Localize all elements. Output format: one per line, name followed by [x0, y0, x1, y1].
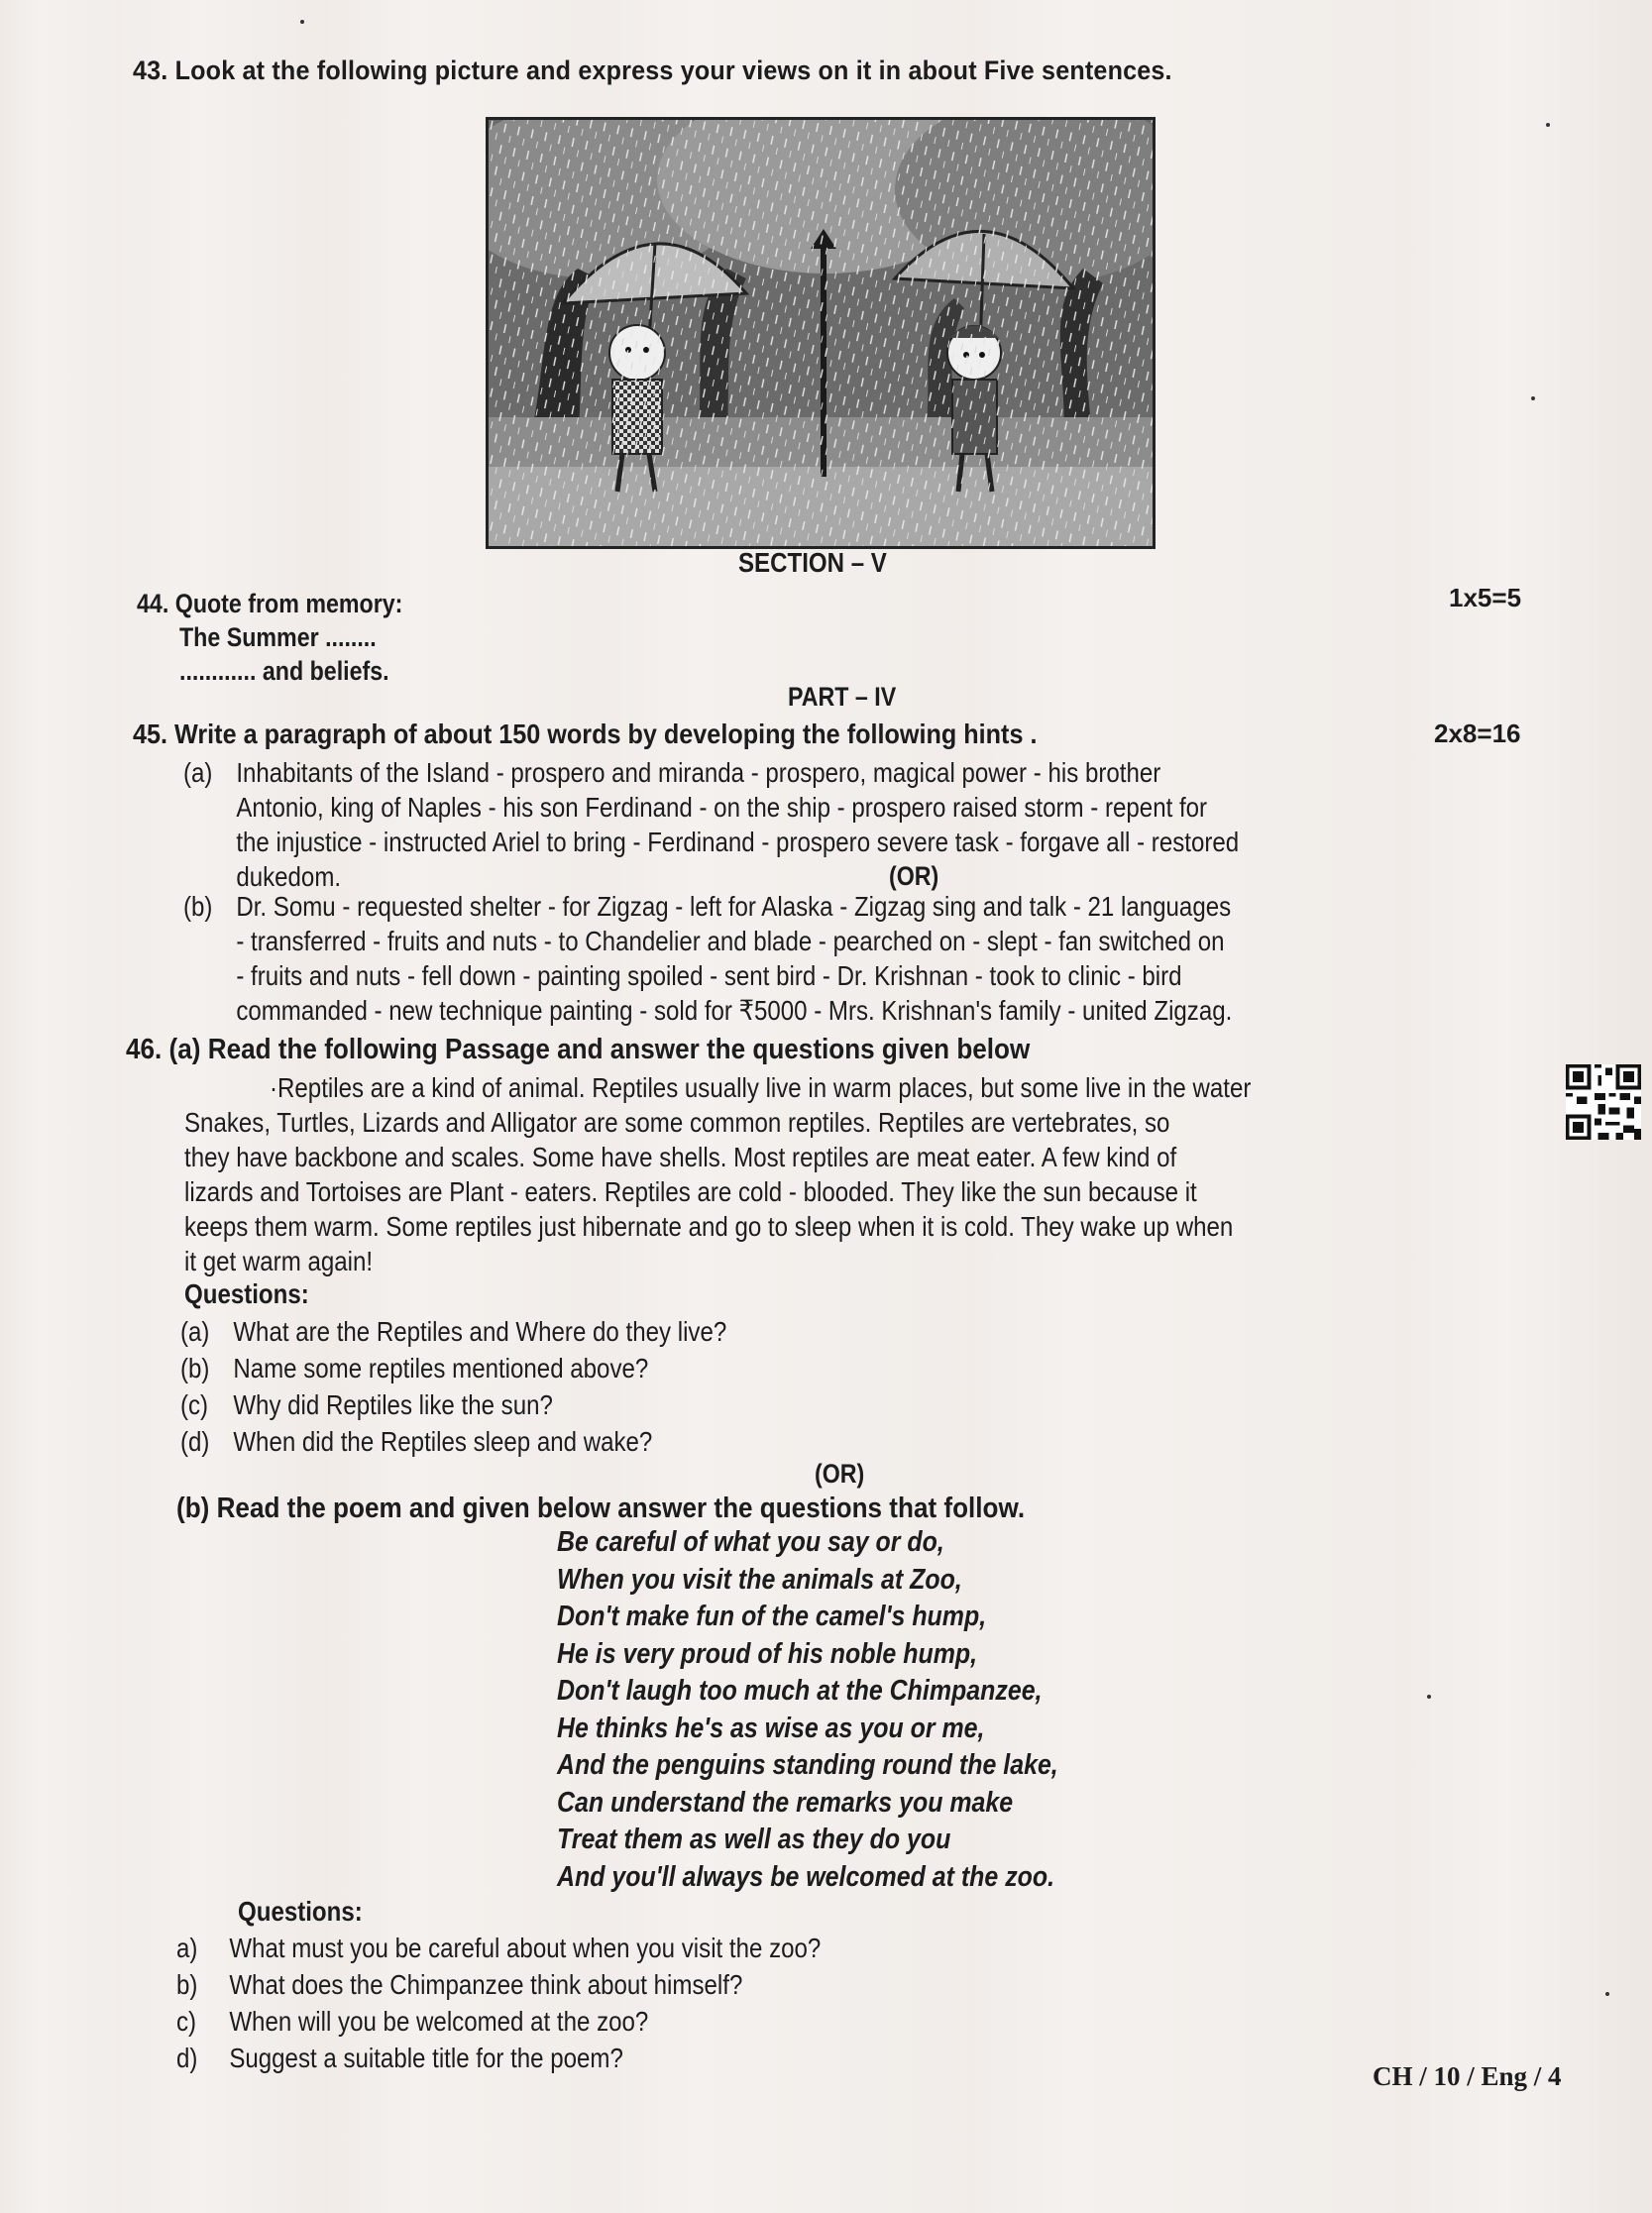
hint-line: Dr. Somu - requested shelter - for Zigza… [236, 889, 1547, 924]
question-item: b)What does the Chimpanzee think about h… [176, 1966, 1029, 2003]
questions-heading-text: Questions: [184, 1278, 309, 1310]
exam-page: 43. Look at the following picture and ex… [0, 0, 1652, 2213]
or-divider: (OR) [889, 861, 946, 892]
question-item: (b)Name some reptiles mentioned above? [180, 1350, 1033, 1386]
section-title-text: SECTION – V [738, 547, 887, 579]
poem-questions: a)What must you be careful about when yo… [176, 1930, 1167, 2076]
or-text: (OR) [889, 861, 938, 892]
poem-line: And you'll always be welcomed at the zoo… [557, 1859, 1239, 1897]
hint-line: - fruits and nuts - fell down - painting… [236, 958, 1547, 993]
poem-line: Be careful of what you say or do, [557, 1524, 1239, 1562]
option-label: (b) [176, 1493, 209, 1524]
reptiles-passage: ·Reptiles are a kind of animal. Reptiles… [184, 1070, 1562, 1278]
qr-code-icon [1566, 1064, 1641, 1140]
item-label: (a) [180, 1313, 233, 1350]
item-label: (b) [180, 1350, 233, 1386]
poem-line: He thinks he's as wise as you or me, [557, 1711, 1239, 1748]
passage-line: ·Reptiles are a kind of animal. Reptiles… [184, 1070, 1591, 1105]
poem-line: Can understand the remarks you make [557, 1785, 1239, 1823]
question-number: 43. [133, 55, 167, 85]
hint-line: commanded - new technique painting - sol… [236, 993, 1547, 1028]
option-label: (a) [169, 1034, 201, 1065]
item-label: (d) [180, 1423, 233, 1460]
item-label: c) [176, 2003, 229, 2040]
zoo-poem: Be careful of what you say or do, When y… [557, 1524, 1350, 1896]
question-44: 44. Quote from memory: The Summer ......… [137, 587, 446, 688]
questions-heading-text: Questions: [238, 1896, 363, 1928]
question-item: (a)What are the Reptiles and Where do th… [180, 1313, 1033, 1350]
marks-label: 2x8=16 [1434, 719, 1520, 749]
rain-umbrella-picture [486, 117, 1156, 549]
item-label: a) [176, 1930, 229, 1966]
question-43: 43. Look at the following picture and ex… [133, 55, 1251, 86]
item-label: d) [176, 2040, 229, 2076]
passage-line: they have backbone and scales. Some have… [184, 1140, 1591, 1174]
question-46b: (b) Read the poem and given below answer… [176, 1493, 1119, 1525]
item-text: What must you be careful about when you … [229, 1933, 821, 1963]
poem-line: Don't make fun of the camel's hump, [557, 1599, 1239, 1636]
option-b-hints: (b) Dr. Somu - requested shelter - for Z… [183, 889, 1551, 1028]
question-46a: 46. (a) Read the following Passage and a… [126, 1034, 1131, 1066]
quote-line-1: The Summer ........ [137, 620, 402, 654]
question-text: Read the poem and given below answer the… [217, 1493, 1025, 1524]
passage-questions: (a)What are the Reptiles and Where do th… [180, 1313, 1171, 1460]
item-text: Why did Reptiles like the sun? [233, 1389, 553, 1420]
question-item: (d)When did the Reptiles sleep and wake? [180, 1423, 1033, 1460]
item-text: When will you be welcomed at the zoo? [229, 2006, 648, 2037]
question-item: c)When will you be welcomed at the zoo? [176, 2003, 1029, 2040]
question-text: Quote from memory: [175, 589, 403, 618]
option-label: (b) [183, 889, 212, 924]
passage-line: it get warm again! [184, 1244, 1591, 1278]
question-text: Look at the following picture and expres… [175, 55, 1172, 85]
item-label: (c) [180, 1386, 233, 1423]
quote-line-2: ............ and beliefs. [137, 654, 402, 688]
item-text: When did the Reptiles sleep and wake? [233, 1426, 652, 1457]
passage-line: keeps them warm. Some reptiles just hibe… [184, 1209, 1591, 1244]
item-text: Name some reptiles mentioned above? [233, 1353, 648, 1383]
questions-heading: Questions: [238, 1896, 383, 1928]
page-code: CH / 10 / Eng / 4 [1373, 2061, 1562, 2092]
questions-heading: Questions: [184, 1278, 329, 1310]
passage-line: Snakes, Turtles, Lizards and Alligator a… [184, 1105, 1591, 1140]
speck-mark [1427, 1695, 1431, 1699]
hint-line: - transferred - fruits and nuts - to Cha… [236, 924, 1547, 958]
speck-mark [1546, 123, 1550, 127]
question-item: a)What must you be careful about when yo… [176, 1930, 1029, 1966]
item-text: Suggest a suitable title for the poem? [229, 2043, 623, 2073]
item-label: b) [176, 1966, 229, 2003]
section-title: SECTION – V [738, 547, 911, 579]
speck-mark [1605, 1992, 1609, 1996]
picture-illustration [489, 120, 1153, 546]
hint-line: the injustice - instructed Ariel to brin… [236, 825, 1547, 859]
speck-mark [1531, 396, 1535, 400]
or-divider: (OR) [815, 1459, 872, 1490]
option-a-hints: (a) Inhabitants of the Island - prospero… [183, 755, 1551, 894]
poem-line: Treat them as well as they do you [557, 1822, 1239, 1859]
question-text: Read the following Passage and answer th… [208, 1034, 1031, 1065]
hint-line: Inhabitants of the Island - prospero and… [236, 755, 1547, 790]
option-label: (a) [183, 755, 212, 790]
question-item: d)Suggest a suitable title for the poem? [176, 2040, 1029, 2076]
part-title-text: PART – IV [788, 682, 896, 713]
question-number: 44. [137, 589, 168, 618]
item-text: What are the Reptiles and Where do they … [233, 1316, 726, 1347]
question-item: (c)Why did Reptiles like the sun? [180, 1386, 1033, 1423]
part-title: PART – IV [788, 682, 914, 713]
or-text: (OR) [815, 1459, 864, 1490]
speck-mark [300, 20, 304, 24]
question-text: Write a paragraph of about 150 words by … [174, 719, 1037, 749]
poem-line: And the penguins standing round the lake… [557, 1747, 1239, 1785]
question-number: 46. [126, 1034, 162, 1065]
question-45: 45. Write a paragraph of about 150 words… [133, 719, 1138, 750]
hint-line: Antonio, king of Naples - his son Ferdin… [236, 790, 1547, 825]
item-text: What does the Chimpanzee think about him… [229, 1969, 742, 2000]
poem-line: He is very proud of his noble hump, [557, 1636, 1239, 1674]
poem-line: Don't laugh too much at the Chimpanzee, [557, 1673, 1239, 1711]
question-number: 45. [133, 719, 167, 749]
passage-line: lizards and Tortoises are Plant - eaters… [184, 1174, 1591, 1209]
marks-label: 1x5=5 [1449, 583, 1521, 613]
poem-line: When you visit the animals at Zoo, [557, 1562, 1239, 1600]
